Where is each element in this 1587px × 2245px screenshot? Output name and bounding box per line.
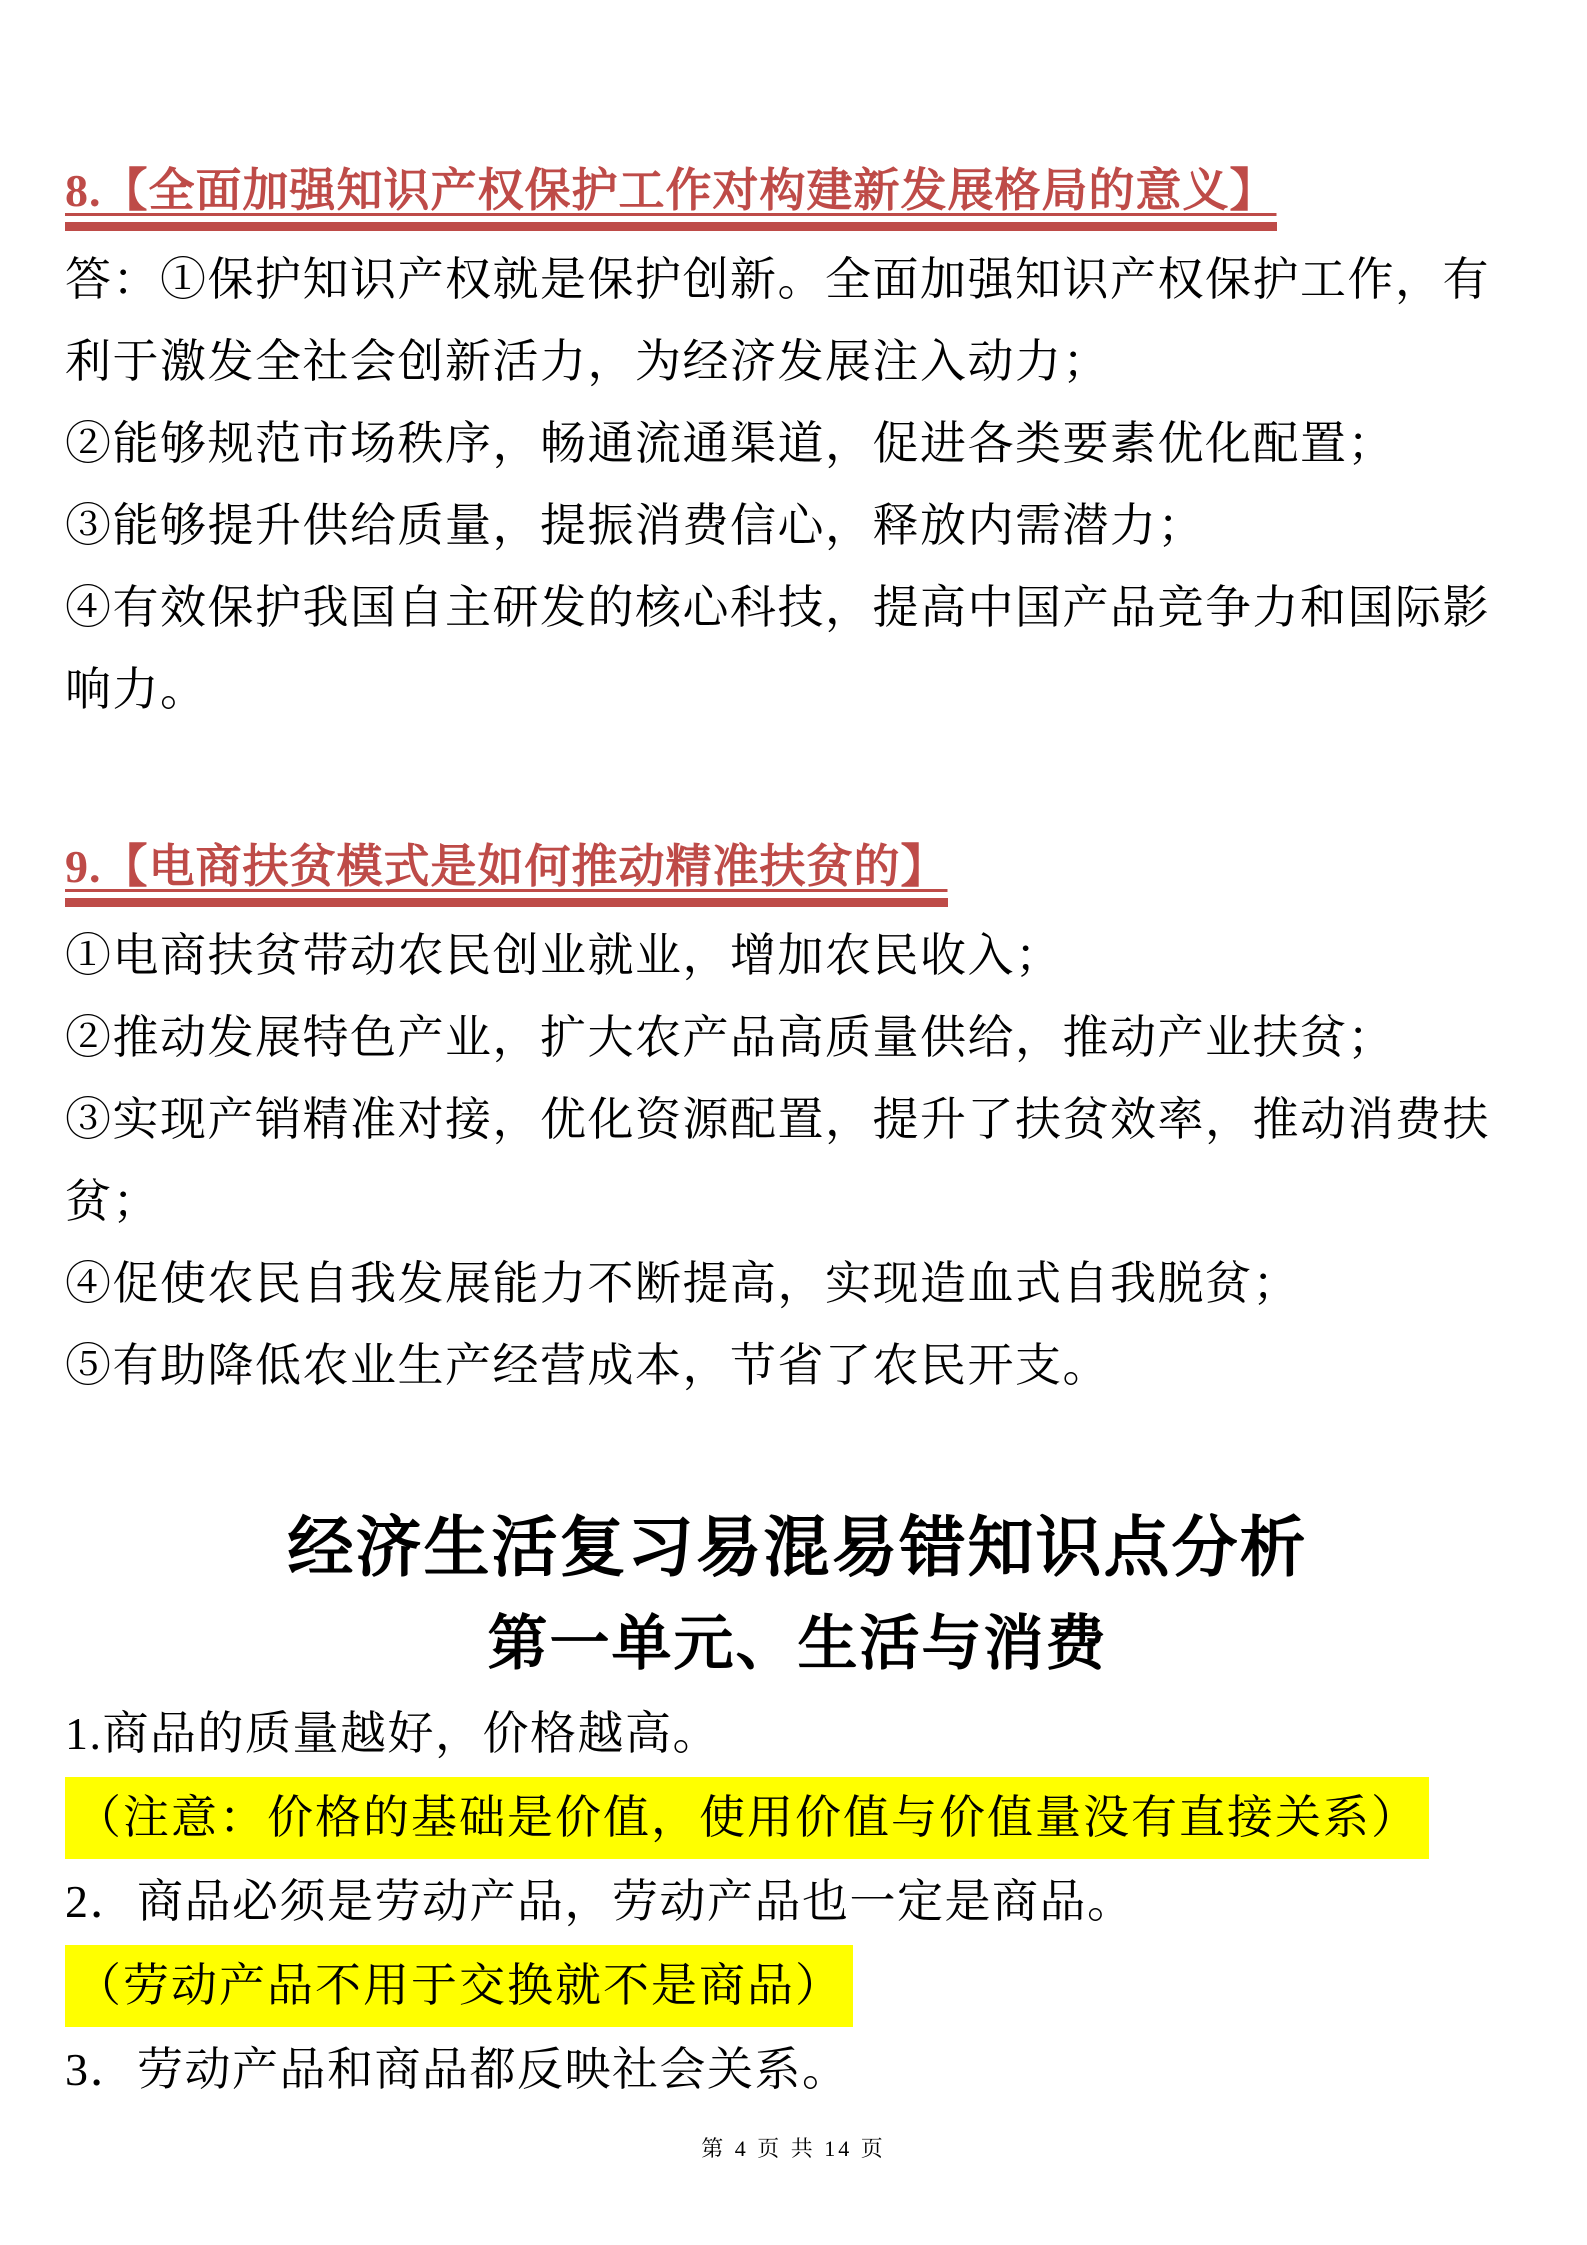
page-number-footer: 第 4 页 共 14 页 bbox=[0, 2132, 1587, 2163]
answer-paragraph: ④有效保护我国自主研发的核心科技，提高中国产品竞争力和国际影响力。 bbox=[65, 567, 1530, 731]
answer-paragraph: ③实现产销精准对接，优化资源配置，提升了扶贫效率，推动消费扶贫； bbox=[65, 1079, 1530, 1243]
qa-section-9: 9.【电商扶贫模式是如何推动精准扶贫的】 ①电商扶贫带动农民创业就业，增加农民收… bbox=[65, 839, 1530, 1407]
answer-paragraph: ①电商扶贫带动农民创业就业，增加农民收入； bbox=[65, 915, 1530, 997]
section-8-heading: 8.【全面加强知识产权保护工作对构建新发展格局的意义】 bbox=[65, 163, 1277, 231]
answer-paragraph: ②推动发展特色产业，扩大农产品高质量供给，推动产业扶贫； bbox=[65, 997, 1530, 1079]
answer-paragraph: ③能够提升供给质量，提振消费信心，释放内需潜力； bbox=[65, 485, 1530, 567]
answer-paragraph: ②能够规范市场秩序，畅通流通渠道，促进各类要素优化配置； bbox=[65, 403, 1530, 485]
highlighted-note: （劳动产品不用于交换就不是商品） bbox=[65, 1945, 853, 2027]
section-9-answer: ①电商扶贫带动农民创业就业，增加农民收入； ②推动发展特色产业，扩大农产品高质量… bbox=[65, 915, 1530, 1407]
review-item: 3．劳动产品和商品都反映社会关系。 bbox=[65, 2029, 1530, 2111]
review-subtitle: 第一单元、生活与消费 bbox=[65, 1605, 1530, 1683]
highlighted-note: （注意：价格的基础是价值，使用价值与价值量没有直接关系） bbox=[65, 1777, 1429, 1859]
answer-paragraph: 答：①保护知识产权就是保护创新。全面加强知识产权保护工作，有利于激发全社会创新活… bbox=[65, 239, 1530, 403]
document-page: 8.【全面加强知识产权保护工作对构建新发展格局的意义】 答：①保护知识产权就是保… bbox=[0, 0, 1587, 2245]
review-item: 1.商品的质量越好，价格越高。 bbox=[65, 1693, 1530, 1775]
qa-section-8: 8.【全面加强知识产权保护工作对构建新发展格局的意义】 答：①保护知识产权就是保… bbox=[65, 163, 1530, 731]
review-item-note: （劳动产品不用于交换就不是商品） bbox=[65, 1945, 1530, 2027]
review-item-note: （注意：价格的基础是价值，使用价值与价值量没有直接关系） bbox=[65, 1777, 1530, 1859]
review-items: 1.商品的质量越好，价格越高。 （注意：价格的基础是价值，使用价值与价值量没有直… bbox=[65, 1693, 1530, 2111]
section-9-heading: 9.【电商扶贫模式是如何推动精准扶贫的】 bbox=[65, 839, 948, 907]
review-section: 经济生活复习易混易错知识点分析 第一单元、生活与消费 1.商品的质量越好，价格越… bbox=[65, 1507, 1530, 2111]
answer-paragraph: ⑤有助降低农业生产经营成本，节省了农民开支。 bbox=[65, 1325, 1530, 1407]
section-8-answer: 答：①保护知识产权就是保护创新。全面加强知识产权保护工作，有利于激发全社会创新活… bbox=[65, 239, 1530, 731]
answer-paragraph: ④促使农民自我发展能力不断提高，实现造血式自我脱贫； bbox=[65, 1243, 1530, 1325]
review-item: 2．商品必须是劳动产品，劳动产品也一定是商品。 bbox=[65, 1861, 1530, 1943]
review-title: 经济生活复习易混易错知识点分析 bbox=[65, 1507, 1530, 1591]
